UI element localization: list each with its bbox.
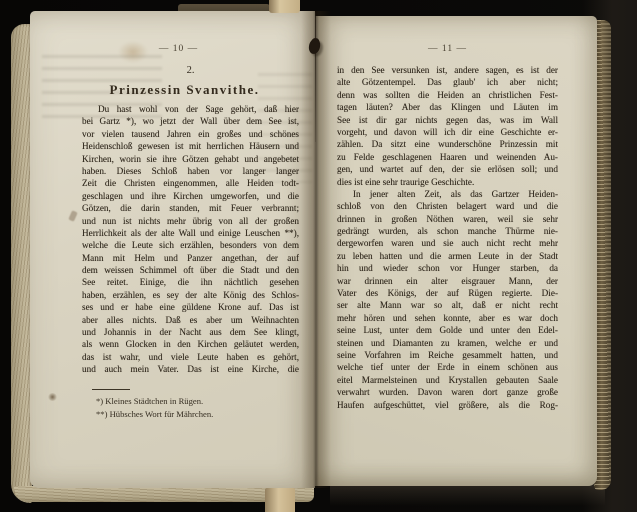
left-page-number: — 10 — xyxy=(70,44,287,54)
text-line: Götzen, die darin standen, mit Feuer ver… xyxy=(82,202,299,214)
text-line: gen, und wartet auf den, der sie erlösen… xyxy=(337,163,558,175)
text-line: alte Götzentempel. Das glaub' ich aber n… xyxy=(337,76,558,88)
section-number: 2. xyxy=(82,65,299,76)
footnote: **) Hübsches Wort für Mährchen. xyxy=(92,408,292,421)
text-line: haben, erzählen, es sey der alte König d… xyxy=(82,289,299,301)
text-line: und nun ist nichts mehr übrig von all de… xyxy=(82,215,299,227)
text-line: steinen und Diamanten zu kramen, welche … xyxy=(337,337,558,349)
text-line: seine Vorfahren im Reiche gesammelt hatt… xyxy=(337,349,558,361)
text-line: welche tief unter der Erde in einem schö… xyxy=(337,361,558,373)
right-page-body: in den See versunken ist, andere sagen, … xyxy=(337,64,558,411)
text-line: Heidenschloß gewesen ist mit herrlichen … xyxy=(82,140,299,152)
gutter-fold-line xyxy=(315,12,316,142)
book-strap-bottom xyxy=(265,488,295,512)
text-line: vor vielen tausend Jahren ein großes und… xyxy=(82,128,299,140)
footnote-rule xyxy=(92,389,130,390)
text-line: schloß von den Christen belagert ward un… xyxy=(337,200,558,212)
text-line: denn was sollten die Heiden an christlic… xyxy=(337,89,558,101)
right-page: — 11 — in den See versunken ist, andere … xyxy=(315,16,597,486)
text-line: eitel Marmelsteinen und Krystallen gebau… xyxy=(337,374,558,386)
book-photo: — 10 — 2. Prinzessin Svanvithe. Du hast … xyxy=(0,0,637,512)
text-line: als wenn Glocken in den Kirchen geläutet… xyxy=(82,338,299,350)
text-line: ser alte Mann war so alt, daß er nicht r… xyxy=(337,299,558,311)
text-line: welche die Leute sich erzählen, besonder… xyxy=(82,239,299,251)
text-line: Du hast wohl von der Sage gehört, daß hi… xyxy=(82,103,299,115)
text-line: und auch mein Vater. Das ist eine Kirche… xyxy=(82,363,299,375)
text-line: war drinnen ein alter eisgrauer Mann, de… xyxy=(337,275,558,287)
text-line: See reitet. Einige, die ihn nächtlich ge… xyxy=(82,276,299,288)
left-page-body: Du hast wohl von der Sage gehört, daß hi… xyxy=(82,103,299,376)
text-line: in den See versunken ist, andere sagen, … xyxy=(337,64,558,76)
text-line: See ist dir gar nichts gegen das, was im… xyxy=(337,114,558,126)
text-line: Herrlichkeit als der alte Wall und einig… xyxy=(82,227,299,239)
text-line: bei Gartz *), wo jetzt der Wall über dem… xyxy=(82,115,299,127)
text-line: zu leben hatten und die armen Leute in d… xyxy=(337,250,558,262)
story-title: Prinzessin Svanvithe. xyxy=(76,82,293,98)
stain xyxy=(48,393,57,401)
text-line: verwahrt wurden. Davon waren dort ganze … xyxy=(337,386,558,398)
text-line: seine Lust, unter dem Golde und unter de… xyxy=(337,324,558,336)
text-line: haben. Dieses Schloß haben vor langer la… xyxy=(82,165,299,177)
text-line: ses und er habe eine güldene Krone auf. … xyxy=(82,301,299,313)
book-cast-shadow xyxy=(330,484,605,506)
text-line: das ist wahr, und viele Leute haben es g… xyxy=(82,351,299,363)
footnote: *) Kleines Städtchen in Rügen. xyxy=(92,395,292,408)
text-line: geschlagen und ihre Kirchen umgeworfen, … xyxy=(82,190,299,202)
text-line: mehr hören und sehen konnte, aber es war… xyxy=(337,312,558,324)
text-line: und Johannis in der Nacht aus dem See kl… xyxy=(82,326,299,338)
text-line: zu Felde geschlagenen Haaren und weinend… xyxy=(337,151,558,163)
text-line: Mann mit Helm und Panzer angethan, der a… xyxy=(82,252,299,264)
left-page-edge-stack xyxy=(11,24,32,503)
text-line: Haufen aufgeschüttet, viel größere, als … xyxy=(337,399,558,411)
book-strap-top xyxy=(269,0,300,13)
text-line: dergeworfen waren und sie auch nicht rec… xyxy=(337,237,558,249)
text-line: drinnen in großen Nöthen waren, weil sie… xyxy=(337,213,558,225)
text-line: vorgeht, und davon will ich dir eine Ges… xyxy=(337,126,558,138)
text-line: Kirchen, worin sie ihre Götzen gehabt un… xyxy=(82,153,299,165)
text-line: hin und wieder schon vor Hunger starben,… xyxy=(337,262,558,274)
text-line: zählen. Da sitzt eine wunderschöne Prinz… xyxy=(337,138,558,150)
margin-mark xyxy=(68,210,78,222)
text-line: tagen läuten? Aber das Klingen und Läute… xyxy=(337,101,558,113)
footnotes: *) Kleines Städtchen in Rügen.**) Hübsch… xyxy=(92,395,292,420)
text-line: In jener alten Zeit, als das Gartzer Hei… xyxy=(337,188,558,200)
text-line: aber alles nichts. Daß es aber um Weihna… xyxy=(82,314,299,326)
left-page: — 10 — 2. Prinzessin Svanvithe. Du hast … xyxy=(30,11,315,488)
text-line: Vater des Königs, der auf Rügen regierte… xyxy=(337,287,558,299)
right-page-number: — 11 — xyxy=(337,44,558,54)
text-line: dies ist eine sehr traurige Geschichte. xyxy=(337,176,558,188)
text-line: Zeit die Christen eingenommen, alle Heid… xyxy=(82,177,299,189)
text-line: dem weissen Schimmel oft über die Stadt … xyxy=(82,264,299,276)
text-line: gedrängt wurden, als schon manche Thürme… xyxy=(337,225,558,237)
